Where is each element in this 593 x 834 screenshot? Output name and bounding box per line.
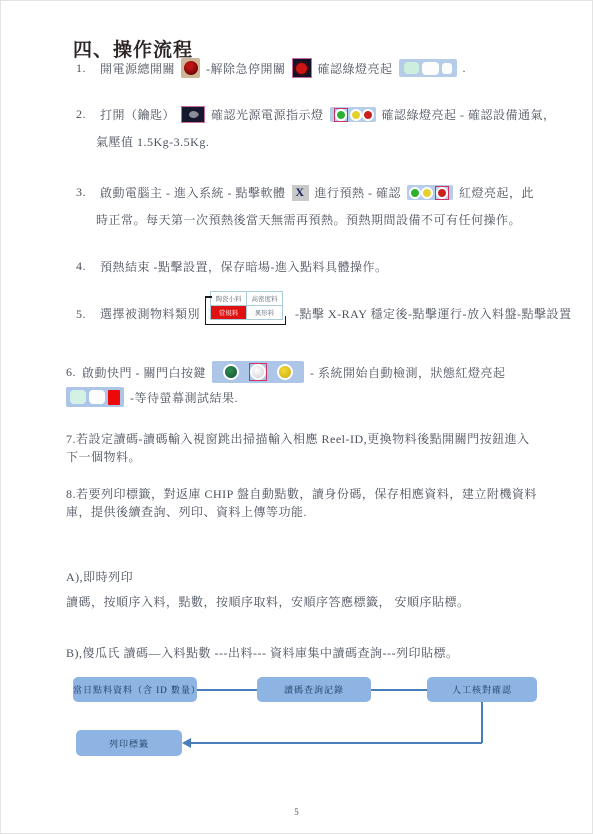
step-1-text-d: . (463, 61, 467, 76)
step-2-line-1: 2. 打開（鑰匙） 確認光源電源指示燈 確認綠燈亮起 - 確認設備通氣， (76, 106, 556, 123)
step-2-line-2: 氣壓值 1.5Kg-3.5Kg. (96, 133, 209, 150)
green-button (225, 366, 237, 378)
white-button (252, 366, 264, 378)
flow-box-manual-check: 人工核對確認 (427, 677, 537, 702)
step-4: 4. 預熱結束 -點擊設置，保存暗場-進入點料具體操作。 (76, 258, 388, 275)
flow-box-scan-query: 讀碼查詢記錄 (257, 677, 371, 702)
step-7-line-1: 7.若設定讀碼-讀碼輸入視窗跳出掃描輸入相應 Reel-ID,更換物料後點開關門… (66, 430, 530, 447)
page-number: 5 (1, 807, 592, 817)
material-category-table: 陶瓷小料 高密度料 常規料 異形料 (210, 291, 283, 320)
step-8-line-1: 8.若要列印標籤，對返庫 CHIP 盤自動點數，讀身份碼，保存相應資料，建立附機… (66, 485, 537, 502)
step-6-text-c: -等待螢幕測試結果. (130, 389, 238, 406)
step-1-text-a: 開電源總開關 (100, 60, 175, 77)
software-x-icon: X (292, 185, 309, 201)
power-indicator-lights-icon (330, 107, 376, 122)
flow-connector-back (191, 742, 482, 744)
section-b-title: B),傻瓜氏 讀碼—入料點數 ---出料--- 資料庫集中讀碼查詢---列印貼標… (66, 644, 458, 661)
step-2-text-b: 確認光源電源指示燈 (211, 106, 324, 123)
step-3-text-c: 紅燈亮起，此 (459, 184, 534, 201)
key-switch-icon (181, 106, 205, 123)
flow-box-print-label: 列印標籤 (76, 730, 182, 756)
step-2-text-a: 打開（鑰匙） (100, 106, 175, 123)
step-5-number: 5. (76, 307, 86, 324)
step-2-number: 2. (76, 107, 86, 122)
highlight-box (435, 186, 449, 200)
step-3-text-a: 啟動電腦主 - 進入系統 - 點擊軟體 (100, 184, 286, 201)
section-a-body: 讀碼，按順序入料，點數，按順序取料，安順序答應標籤， 安順序貼標。 (66, 593, 470, 610)
step-6-line-2: -等待螢幕測試結果. (66, 387, 238, 407)
step-8-line-2: 庫，提供後續查詢、列印、資料上傳等功能. (66, 503, 307, 520)
step-4-text: 預熱結束 -點擊設置，保存暗場-進入點料具體操作。 (100, 258, 388, 275)
shutter-buttons-icon (212, 361, 304, 383)
step-1-text-c: 確認綠燈亮起 (318, 60, 393, 77)
step-4-number: 4. (76, 259, 86, 274)
step-5: 5. 選擇被測物料類別 陶瓷小料 高密度料 常規料 異形料 -點擊 X-RAY … (76, 291, 571, 324)
step-2-text-c: 確認綠燈亮起 - 確認設備通氣， (382, 106, 556, 123)
section-a-title: A),即時列印 (66, 568, 133, 585)
emergency-stop-icon (292, 58, 312, 78)
flow-connector-2 (371, 689, 427, 691)
highlight-box (334, 108, 348, 122)
document-page: 四、操作流程 1. 開電源總開關 -解除急停開關 確認綠燈亮起 . 2. 打開（… (0, 0, 593, 834)
step-1-number: 1. (76, 61, 86, 76)
indicator-lights-red-icon (66, 387, 124, 407)
step-1-text-b: -解除急停開關 (206, 60, 286, 77)
indicator-lights-green-icon (399, 59, 457, 77)
step-3-text-b: 進行預熱 - 確認 (315, 184, 402, 201)
step-5-text-a: 選擇被測物料類別 (100, 305, 200, 324)
step-3-number: 3. (76, 185, 86, 200)
step-6-text-a: 啟動快門 - 關門白按鍵 (82, 364, 206, 381)
step-6-number: 6. (66, 365, 76, 380)
step-5-text-b: -點擊 X-RAY 穩定後-點擊運行-放入料盤-點擊設置 (295, 305, 571, 324)
step-1: 1. 開電源總開關 -解除急停開關 確認綠燈亮起 . (76, 58, 466, 78)
flow-box-daily-data: 當日點料資料（含 ID 數量） (73, 677, 197, 702)
step-7-line-2: 下一個物料。 (66, 448, 141, 465)
power-knob-icon (181, 58, 200, 78)
callout-bracket (205, 296, 286, 325)
callout-bracket-tick (205, 296, 212, 298)
highlight-box (249, 363, 267, 381)
step-3-line-1: 3. 啟動電腦主 - 進入系統 - 點擊軟體 X 進行預熱 - 確認 紅燈亮起，… (76, 184, 534, 201)
preheat-indicator-lights-icon (407, 185, 453, 200)
step-6-line-1: 6. 啟動快門 - 關門白按鍵 - 系統開始自動檢測，狀態紅燈亮起 (66, 361, 506, 383)
flow-connector-1 (197, 689, 257, 691)
callout-bracket-tick (285, 316, 287, 325)
step-6-text-b: - 系統開始自動檢測，狀態紅燈亮起 (310, 364, 506, 381)
flow-connector-down (481, 702, 483, 743)
yellow-button (279, 366, 291, 378)
flow-arrowhead (182, 738, 191, 748)
step-3-line-2: 時正常。每天第一次預熱後當天無需再預熱。預熱期間設備不可有任何操作。 (96, 211, 521, 228)
